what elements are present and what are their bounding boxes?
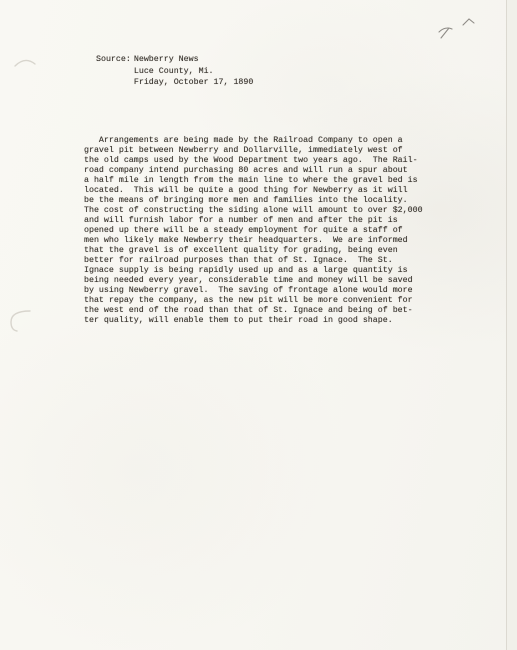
margin-arc-bottom-icon: [11, 311, 30, 331]
article-body: Arrangements are being made by the Railr…: [84, 136, 423, 326]
source-label: Source:: [96, 54, 131, 66]
pencil-squiggle-icon: [439, 28, 452, 38]
scanned-page: Source: Newberry News Luce County, Mi. F…: [0, 0, 517, 650]
pencil-caret-icon: [463, 19, 474, 25]
margin-arc-top-icon: [15, 60, 35, 66]
paper-right-edge: [506, 0, 517, 650]
source-header: Source: Newberry News Luce County, Mi. F…: [96, 54, 253, 89]
source-details: Newberry News Luce County, Mi. Friday, O…: [134, 54, 254, 89]
